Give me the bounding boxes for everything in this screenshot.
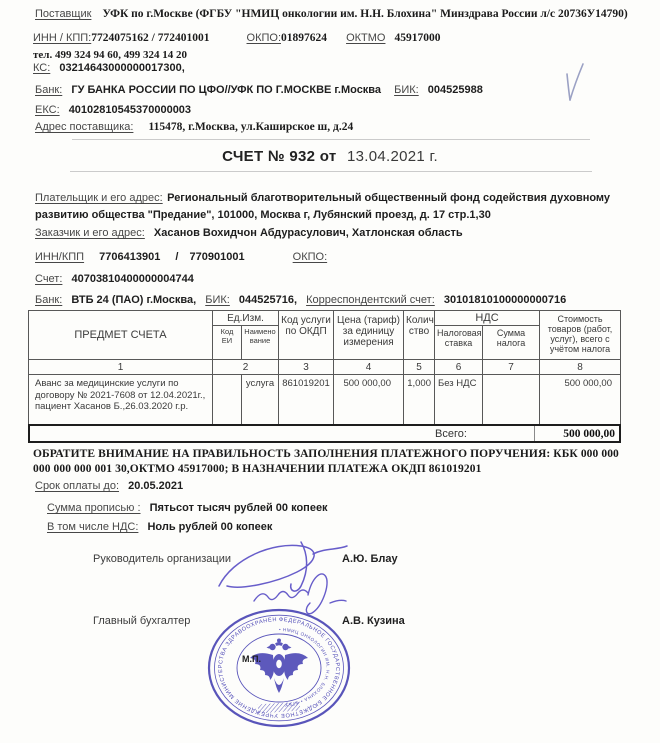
payer-account-line: Счет: 40703810400000004744 xyxy=(35,272,194,286)
payer-bank-value: ВТБ 24 (ПАО) г.Москва, xyxy=(71,294,196,306)
payer-inn-line: ИНН/КПП 7706413901 / 770901001 ОКПО: xyxy=(35,250,327,264)
due-date-label: Срок оплаты до: xyxy=(35,480,119,492)
column-number-row: 1 2 3 4 5 6 7 8 xyxy=(29,360,621,375)
col-header-vat: НДС xyxy=(435,311,540,326)
amount-in-words-label: Сумма прописью : xyxy=(47,502,141,514)
supplier-okpo-label: ОКПО: xyxy=(247,32,281,44)
row-vat-sum xyxy=(483,375,540,425)
supplier-name: УФК по г.Москве (ФГБУ "НМИЦ онкологии им… xyxy=(102,8,627,20)
supplier-bik-label: БИК: xyxy=(394,84,419,96)
payer-corr-label: Корреспондентский счет: xyxy=(306,294,435,306)
total-row: Всего: 500 000,00 xyxy=(28,424,621,443)
customer-label: Заказчик и его адрес: xyxy=(35,227,145,239)
row-unit-name: услуга xyxy=(242,375,279,425)
supplier-ks-label: КС: xyxy=(33,62,50,74)
payer-corr-value: 30101810100000000716 xyxy=(444,294,566,306)
supplier-inn-kpp-label: ИНН / КПП: xyxy=(33,32,91,44)
supplier-inn-line: ИНН / КПП:7724075162 / 772401001 ОКПО:01… xyxy=(33,31,441,45)
supplier-address-line: Адрес поставщика: 115478, г.Москва, ул.К… xyxy=(35,120,353,134)
col-num-2: 2 xyxy=(213,360,279,375)
col-num-1: 1 xyxy=(29,360,213,375)
col-header-unit-code: Код ЕИ xyxy=(213,326,242,360)
supplier-oktmo-value: 45917000 xyxy=(395,32,441,44)
col-header-unit-name: Наимено вание xyxy=(242,326,279,360)
vat-in-words-line: В том числе НДС: Ноль рублей 00 копеек xyxy=(47,520,272,534)
due-date-value: 20.05.2021 xyxy=(128,480,183,492)
items-table: ПРЕДМЕТ СЧЕТА Ед.Изм. Код услуги по ОКДП… xyxy=(28,310,621,425)
row-vat-rate: Без НДС xyxy=(435,375,483,425)
row-okdp: 861019201 xyxy=(279,375,334,425)
row-qty: 1,000 xyxy=(404,375,435,425)
invoice-title: СЧЕТ № 932 от 13.04.2021 г. xyxy=(0,148,660,165)
payment-notice: ОБРАТИТЕ ВНИМАНИЕ НА ПРАВИЛЬНОСТЬ ЗАПОЛН… xyxy=(33,447,629,476)
stamp-mp-label: М.П. xyxy=(242,654,261,664)
payer-line: Плательщик и его адрес: Региональный бла… xyxy=(35,189,621,223)
col-header-subject: ПРЕДМЕТ СЧЕТА xyxy=(29,311,213,360)
invoice-document: Поставщик УФК по г.Москве (ФГБУ "НМИЦ он… xyxy=(0,0,660,743)
col-header-okdp: Код услуги по ОКДП xyxy=(279,311,334,360)
vat-in-words-value: Ноль рублей 00 копеек xyxy=(147,521,272,533)
supplier-line: Поставщик УФК по г.Москве (ФГБУ "НМИЦ он… xyxy=(35,7,628,21)
payer-okpo-label: ОКПО: xyxy=(293,251,327,263)
payer-account-value: 40703810400000004744 xyxy=(71,273,193,285)
payer-bik-label: БИК: xyxy=(205,294,230,306)
customer-value: Хасанов Вохидчон Абдурасулович, Хатлонск… xyxy=(154,227,463,239)
invoice-number: СЧЕТ № 932 от xyxy=(222,148,336,165)
supplier-oktmo-label: ОКТМО xyxy=(346,32,385,44)
col-header-vat-rate: Налоговая ставка xyxy=(435,326,483,360)
col-header-price: Цена (тариф) за единицу измерения xyxy=(334,311,404,360)
supplier-okpo-value: 01897624 xyxy=(281,32,327,44)
col-num-7: 7 xyxy=(483,360,540,375)
accountant-label: Главный бухгалтер xyxy=(93,615,190,627)
payer-inn-kpp-label: ИНН/КПП xyxy=(35,251,84,263)
col-num-8: 8 xyxy=(540,360,621,375)
row-total: 500 000,00 xyxy=(540,375,621,425)
supplier-bank-value: ГУ БАНКА РОССИИ ПО ЦФО//УФК ПО Г.МОСКВЕ … xyxy=(71,84,381,96)
total-value: 500 000,00 xyxy=(535,428,619,440)
table-row: Аванс за медицинские услуги по договору … xyxy=(29,375,621,425)
payer-bank-label: Банк: xyxy=(35,294,62,306)
total-label: Всего: xyxy=(435,428,467,440)
supplier-eks-value: 40102810545370000003 xyxy=(69,104,191,116)
amount-in-words-line: Сумма прописью : Пятьсот тысяч рублей 00… xyxy=(47,501,328,515)
supplier-address-value: 115478, г.Москва, ул.Каширское ш, д.24 xyxy=(148,121,353,133)
payer-bank-line: Банк: ВТБ 24 (ПАО) г.Москва, БИК: 044525… xyxy=(35,293,566,307)
due-date-line: Срок оплаты до: 20.05.2021 xyxy=(35,479,183,493)
row-unit-code xyxy=(213,375,242,425)
supplier-address-label: Адрес поставщика: xyxy=(35,121,133,133)
vat-in-words-label: В том числе НДС: xyxy=(47,521,138,533)
supplier-bank-line: Банк: ГУ БАНКА РОССИИ ПО ЦФО//УФК ПО Г.М… xyxy=(35,83,483,97)
amount-in-words-value: Пятьсот тысяч рублей 00 копеек xyxy=(150,502,328,514)
payer-inn-kpp-separator: / xyxy=(175,251,178,263)
payer-label: Плательщик и его адрес: xyxy=(35,192,163,204)
col-header-qty: Количе ство xyxy=(404,311,435,360)
col-num-5: 5 xyxy=(404,360,435,375)
round-stamp: ФЕДЕРАЛЬНОЕ ГОСУДАРСТВЕННОЕ БЮДЖЕТНОЕ УЧ… xyxy=(206,606,352,742)
title-rule-top xyxy=(72,139,590,140)
double-eagle-emblem xyxy=(250,639,308,694)
director-label: Руководитель организации xyxy=(93,553,231,565)
col-num-4: 4 xyxy=(334,360,404,375)
row-price: 500 000,00 xyxy=(334,375,404,425)
col-num-6: 6 xyxy=(435,360,483,375)
supplier-ks-value: 03214643000000017300, xyxy=(59,62,184,74)
title-rule-bottom xyxy=(70,171,592,172)
customer-line: Заказчик и его адрес: Хасанов Вохидчон А… xyxy=(35,226,463,240)
payer-kpp-value: 770901001 xyxy=(190,251,245,263)
col-num-3: 3 xyxy=(279,360,334,375)
payer-bik-value: 044525716, xyxy=(239,294,297,306)
supplier-ks-line: КС: 03214643000000017300, xyxy=(33,62,185,75)
supplier-bik-value: 004525988 xyxy=(428,84,483,96)
pen-checkmark-icon xyxy=(553,58,595,106)
supplier-eks-label: ЕКС: xyxy=(35,104,60,116)
invoice-date: 13.04.2021 г. xyxy=(347,148,438,165)
supplier-eks-line: ЕКС: 40102810545370000003 xyxy=(35,103,191,117)
supplier-inn-kpp-value: 7724075162 / 772401001 xyxy=(91,32,209,44)
payer-account-label: Счет: xyxy=(35,273,62,285)
supplier-phone-line: тел. 499 324 94 60, 499 324 14 20 xyxy=(33,49,187,62)
payer-inn-value: 7706413901 xyxy=(99,251,160,263)
col-header-unit: Ед.Изм. xyxy=(213,311,279,326)
col-header-vat-sum: Сумма налога xyxy=(483,326,540,360)
col-header-total: Стоимость товаров (работ, услуг), всего … xyxy=(540,311,621,360)
supplier-label: Поставщик xyxy=(35,8,91,20)
supplier-bank-label: Банк: xyxy=(35,84,62,96)
row-subject: Аванс за медицинские услуги по договору … xyxy=(29,375,213,425)
